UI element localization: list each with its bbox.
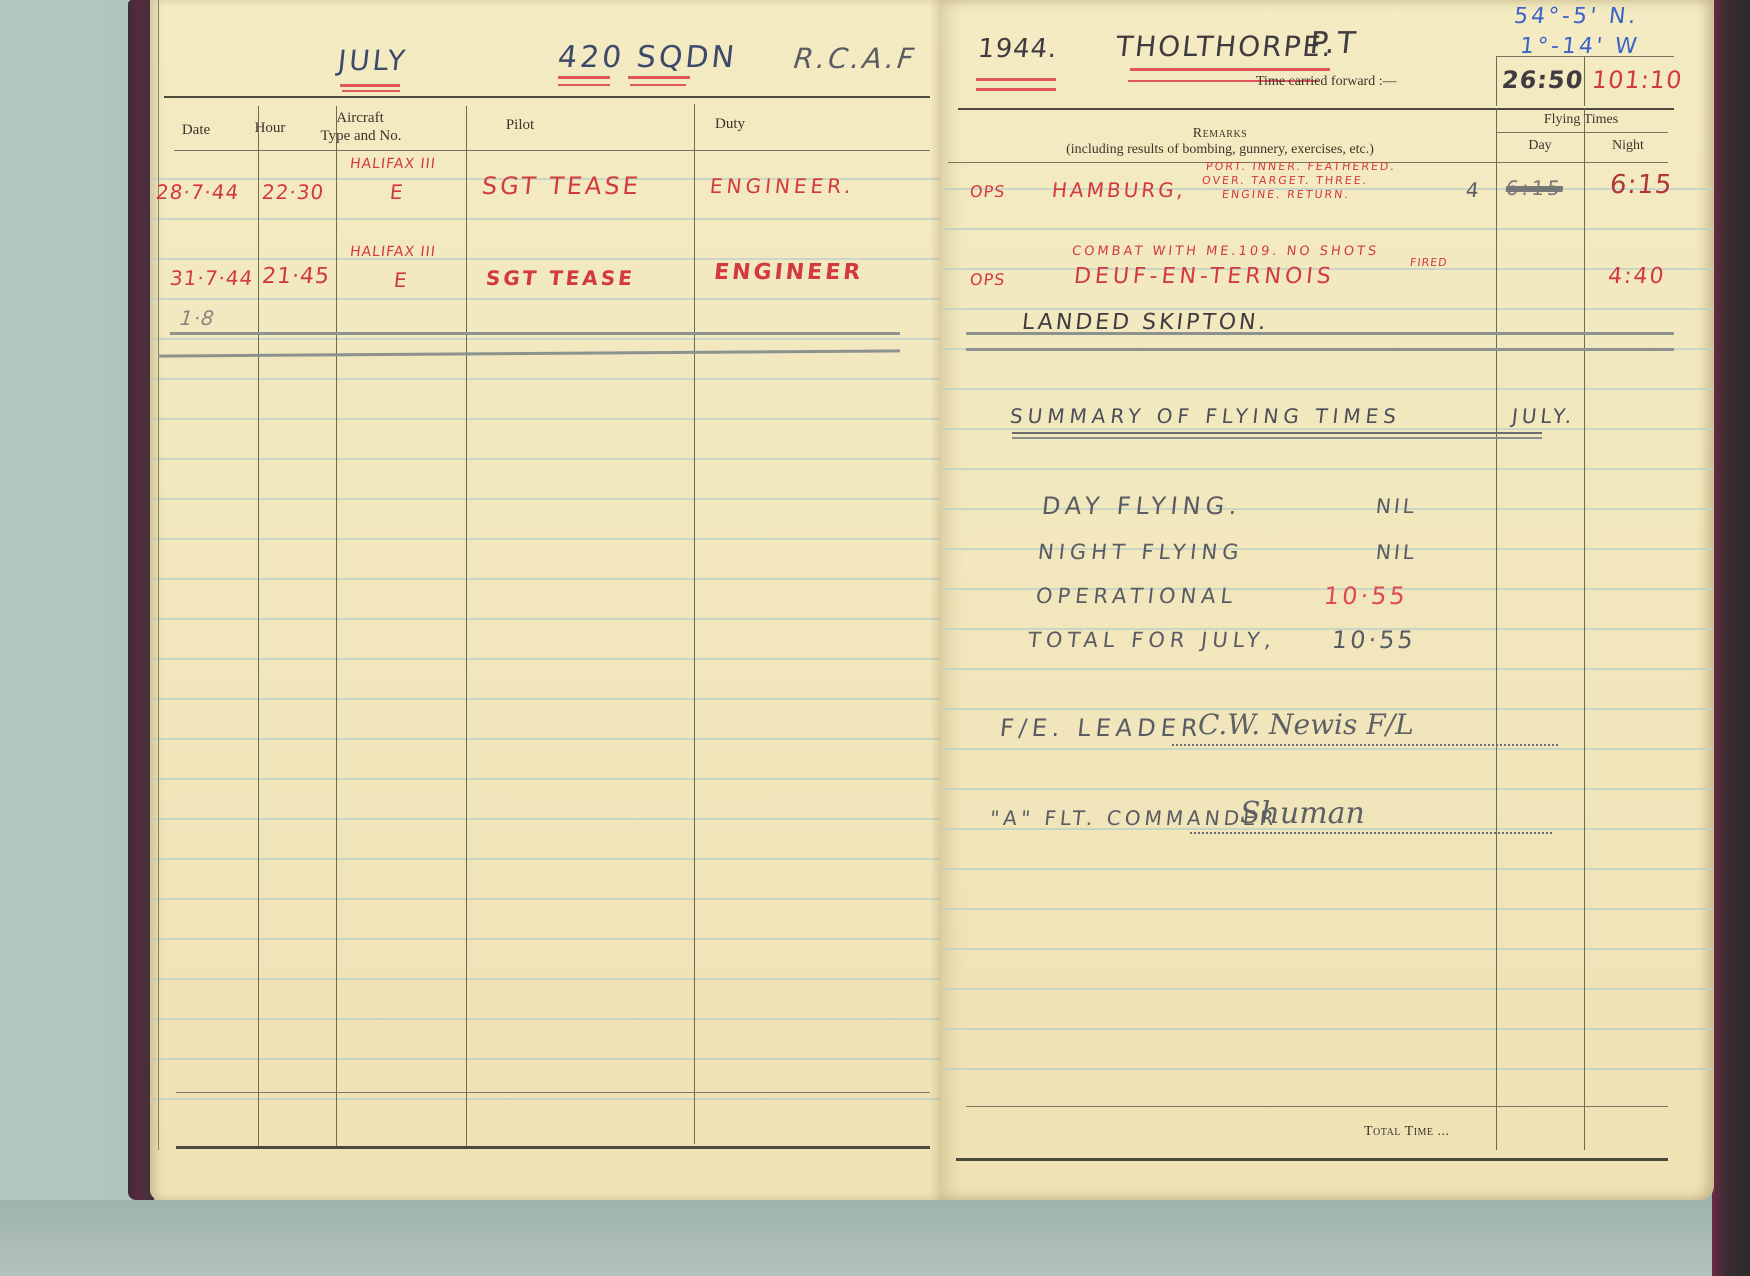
- flight-commander-label: "A" FLT. COMMANDER: [989, 806, 1279, 830]
- squadron-heading: 420 SQDN: [556, 40, 739, 75]
- footer-bottom-rule: [176, 1146, 930, 1149]
- book-cover-right: [1712, 0, 1750, 1276]
- row2-ops: OPS: [969, 270, 1006, 289]
- logbook-left-page: JULY 420 SQDN R.C.A.F Date Hour Aircraft…: [150, 0, 940, 1200]
- month-underline-2: [342, 90, 400, 92]
- col-aircraft-line1: Aircraft: [310, 110, 410, 127]
- row2-note-line1: COMBAT WITH ME.109. NO SHOTS: [1071, 244, 1380, 259]
- row1-night: 6:15: [1608, 170, 1674, 200]
- row1-aircraft-no: E: [389, 180, 407, 204]
- carried-forward-night: 101:10: [1591, 66, 1684, 94]
- pencil-rule-1: [170, 332, 900, 335]
- total-time-label: Total Time ...: [1364, 1124, 1450, 1139]
- summary-month: JULY.: [1511, 404, 1577, 428]
- row1-note-line2: OVER. TARGET. THREE.: [1201, 174, 1369, 187]
- pencil-rule-2: [966, 348, 1674, 351]
- col-divider-date: [258, 106, 259, 1146]
- fe-leader-signature: C.W. Newis F/L: [1198, 708, 1414, 741]
- row2-date: 31·7·44: [169, 266, 255, 290]
- summary-day-label: DAY FLYING.: [1041, 492, 1244, 520]
- col-divider-aircraft: [466, 106, 467, 1146]
- summary-operational-label: OPERATIONAL: [1035, 584, 1239, 608]
- pencil-rule-1: [966, 332, 1674, 335]
- summary-night-value: NIL: [1375, 540, 1419, 564]
- row1-duty: ENGINEER.: [709, 174, 856, 198]
- row1-ops: OPS: [969, 182, 1006, 201]
- fe-leader-dotted-line: [1172, 744, 1558, 746]
- col-day: Day: [1496, 138, 1584, 153]
- row1-date: 28·7·44: [155, 180, 241, 204]
- flight-commander-dotted-line: [1190, 832, 1552, 834]
- coordinates-line1: 54°-5' N.: [1513, 4, 1640, 29]
- sqdn-underline: [628, 76, 690, 79]
- month-heading: JULY: [336, 44, 409, 77]
- row1-note-line1: PORT. INNER. FEATHERED.: [1205, 160, 1396, 173]
- row2-duty: ENGINEER: [713, 260, 865, 285]
- margin-note: 1·8: [179, 306, 216, 330]
- station-underline: [1130, 68, 1330, 71]
- row2-aircraft-type: HALIFAX III: [349, 244, 436, 260]
- fe-leader-label: F/E. LEADER: [999, 714, 1205, 742]
- carried-forward-day: 26:50: [1501, 66, 1585, 94]
- row1-pilot: SGT TEASE: [481, 172, 643, 200]
- sqdn-underline-2: [630, 84, 686, 86]
- col-flying-times: Flying Times: [1496, 112, 1666, 127]
- summary-operational-value: 10·55: [1323, 582, 1410, 610]
- col-aircraft-line2: Type and No.: [306, 128, 416, 145]
- month-underline: [340, 84, 400, 87]
- col-divider-pilot: [694, 104, 695, 1144]
- header-top-rule: [958, 108, 1674, 110]
- page-margin-line: [158, 0, 159, 1150]
- flight-commander-signature: Shuman: [1240, 796, 1365, 831]
- year-underline-2: [976, 88, 1056, 91]
- squadron-underline: [558, 76, 610, 79]
- summary-underline: [1012, 432, 1542, 434]
- row1-note-mark: 4: [1465, 178, 1483, 202]
- carried-forward-divider-left: [1496, 56, 1497, 106]
- carried-forward-top-rule: [1496, 56, 1674, 57]
- ruled-lines: [940, 150, 1714, 1100]
- row1-target: HAMBURG,: [1051, 178, 1188, 202]
- summary-total-label: TOTAL FOR JULY,: [1027, 628, 1278, 652]
- row1-aircraft-type: HALIFAX III: [349, 156, 436, 172]
- summary-title: SUMMARY OF FLYING TIMES: [1009, 404, 1402, 428]
- row1-note-line3: ENGINE. RETURN.: [1221, 188, 1350, 201]
- carried-forward-divider-mid: [1584, 56, 1585, 106]
- row2-note-fired: FIRED: [1409, 256, 1448, 269]
- summary-day-value: NIL: [1375, 494, 1419, 518]
- flying-times-rule: [1496, 132, 1668, 133]
- summary-underline-2: [1012, 437, 1542, 439]
- header-bottom-rule: [174, 150, 930, 151]
- col-pilot: Pilot: [480, 117, 560, 134]
- footer-top-rule: [966, 1106, 1668, 1107]
- row1-day-struck: 6:15: [1505, 176, 1564, 200]
- summary-night-label: NIGHT FLYING: [1037, 540, 1245, 564]
- col-night: Night: [1584, 138, 1672, 153]
- logbook-right-page: 1944. THOLTHORPE. P.T 54°-5' N. 1°-14' W…: [940, 0, 1714, 1200]
- col-date: Date: [168, 122, 224, 139]
- row2-night: 4:40: [1607, 264, 1667, 289]
- col-divider-remarks: [1496, 108, 1497, 1150]
- year-heading: 1944.: [976, 34, 1059, 64]
- col-remarks-subtitle: (including results of bombing, gunnery, …: [1000, 142, 1440, 157]
- col-remarks-title: Remarks: [1000, 126, 1440, 141]
- col-divider-day: [1584, 108, 1585, 1150]
- station-heading: THOLTHORPE.: [1114, 30, 1335, 63]
- col-duty: Duty: [690, 116, 770, 133]
- footer-top-rule: [176, 1092, 930, 1093]
- summary-total-value: 10·55: [1331, 626, 1418, 654]
- row2-target: DEUF-EN-TERNOIS: [1073, 264, 1336, 289]
- background-surface: [0, 1200, 1750, 1276]
- row2-hour: 21·45: [261, 264, 332, 289]
- col-divider-hour: [336, 106, 337, 1146]
- force-heading: R.C.A.F: [792, 42, 918, 75]
- col-hour: Hour: [240, 120, 300, 137]
- initials: P.T: [1308, 26, 1359, 61]
- header-top-rule: [164, 96, 930, 98]
- carried-forward-label: Time carried forward :—: [1256, 74, 1397, 89]
- row2-aircraft-no: E: [393, 268, 411, 292]
- squadron-underline-2: [558, 84, 610, 86]
- footer-bottom-rule: [956, 1158, 1668, 1161]
- year-underline: [976, 78, 1056, 81]
- row1-hour: 22·30: [261, 180, 326, 204]
- row2-pilot: SGT TEASE: [485, 266, 636, 290]
